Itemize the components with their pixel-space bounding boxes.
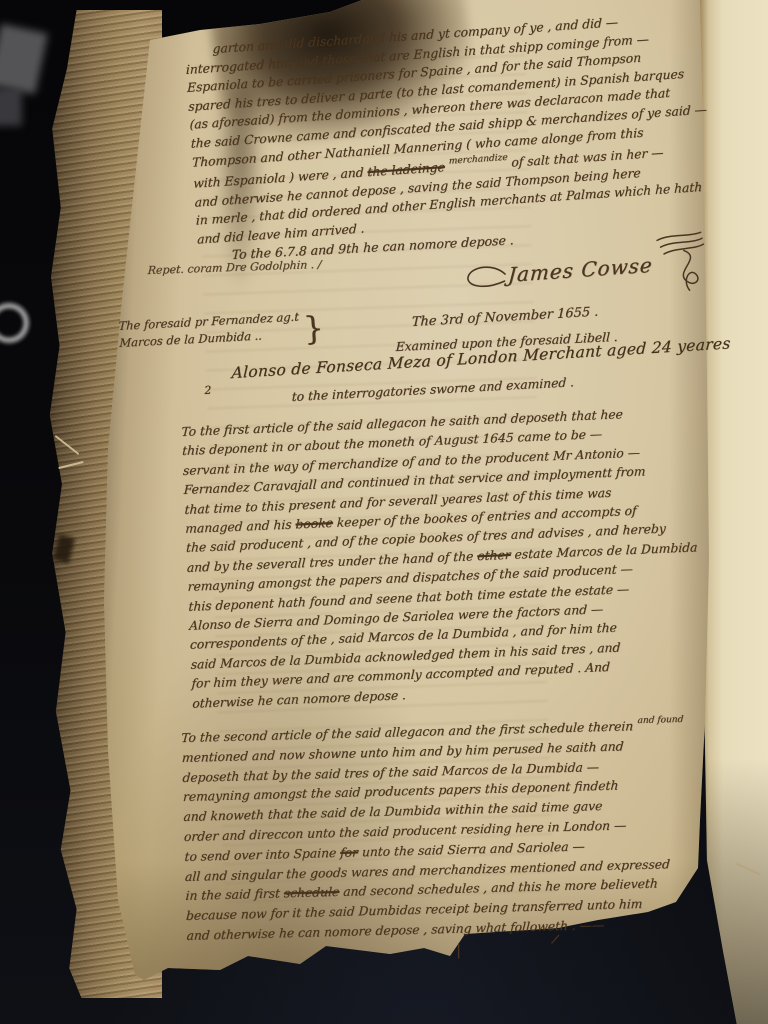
date-line: The 3rd of November 1655 . [412,305,599,330]
deponent-heading-line-2: to the interrogatories sworne and examin… [292,375,575,404]
signature-name: James Cowse [507,253,653,287]
margin-note-repeat: Repet. coram Dre Godolphin . / [147,258,321,277]
deposition-paragraph-2: To the first article of the said allegac… [181,402,703,713]
deposition-paragraph-3: To the second article of the said allega… [181,713,689,947]
signature-loop-icon [463,260,507,293]
margin-case-note: The foresaid pr Fernandez ag.t Marcos de… [118,309,300,352]
signature-flourish-icon [652,229,708,296]
bottom-fold-mark: | [456,941,461,959]
photo-scene: garton and did dischardged his and yt co… [0,0,768,1024]
margin-numeral: 2 [204,384,212,397]
handwriting-layer: garton and did dischardged his and yt co… [0,0,768,1024]
margin-brace: } [302,309,325,348]
deposition-paragraph-1: garton and did dischardged his and yt co… [184,8,714,249]
